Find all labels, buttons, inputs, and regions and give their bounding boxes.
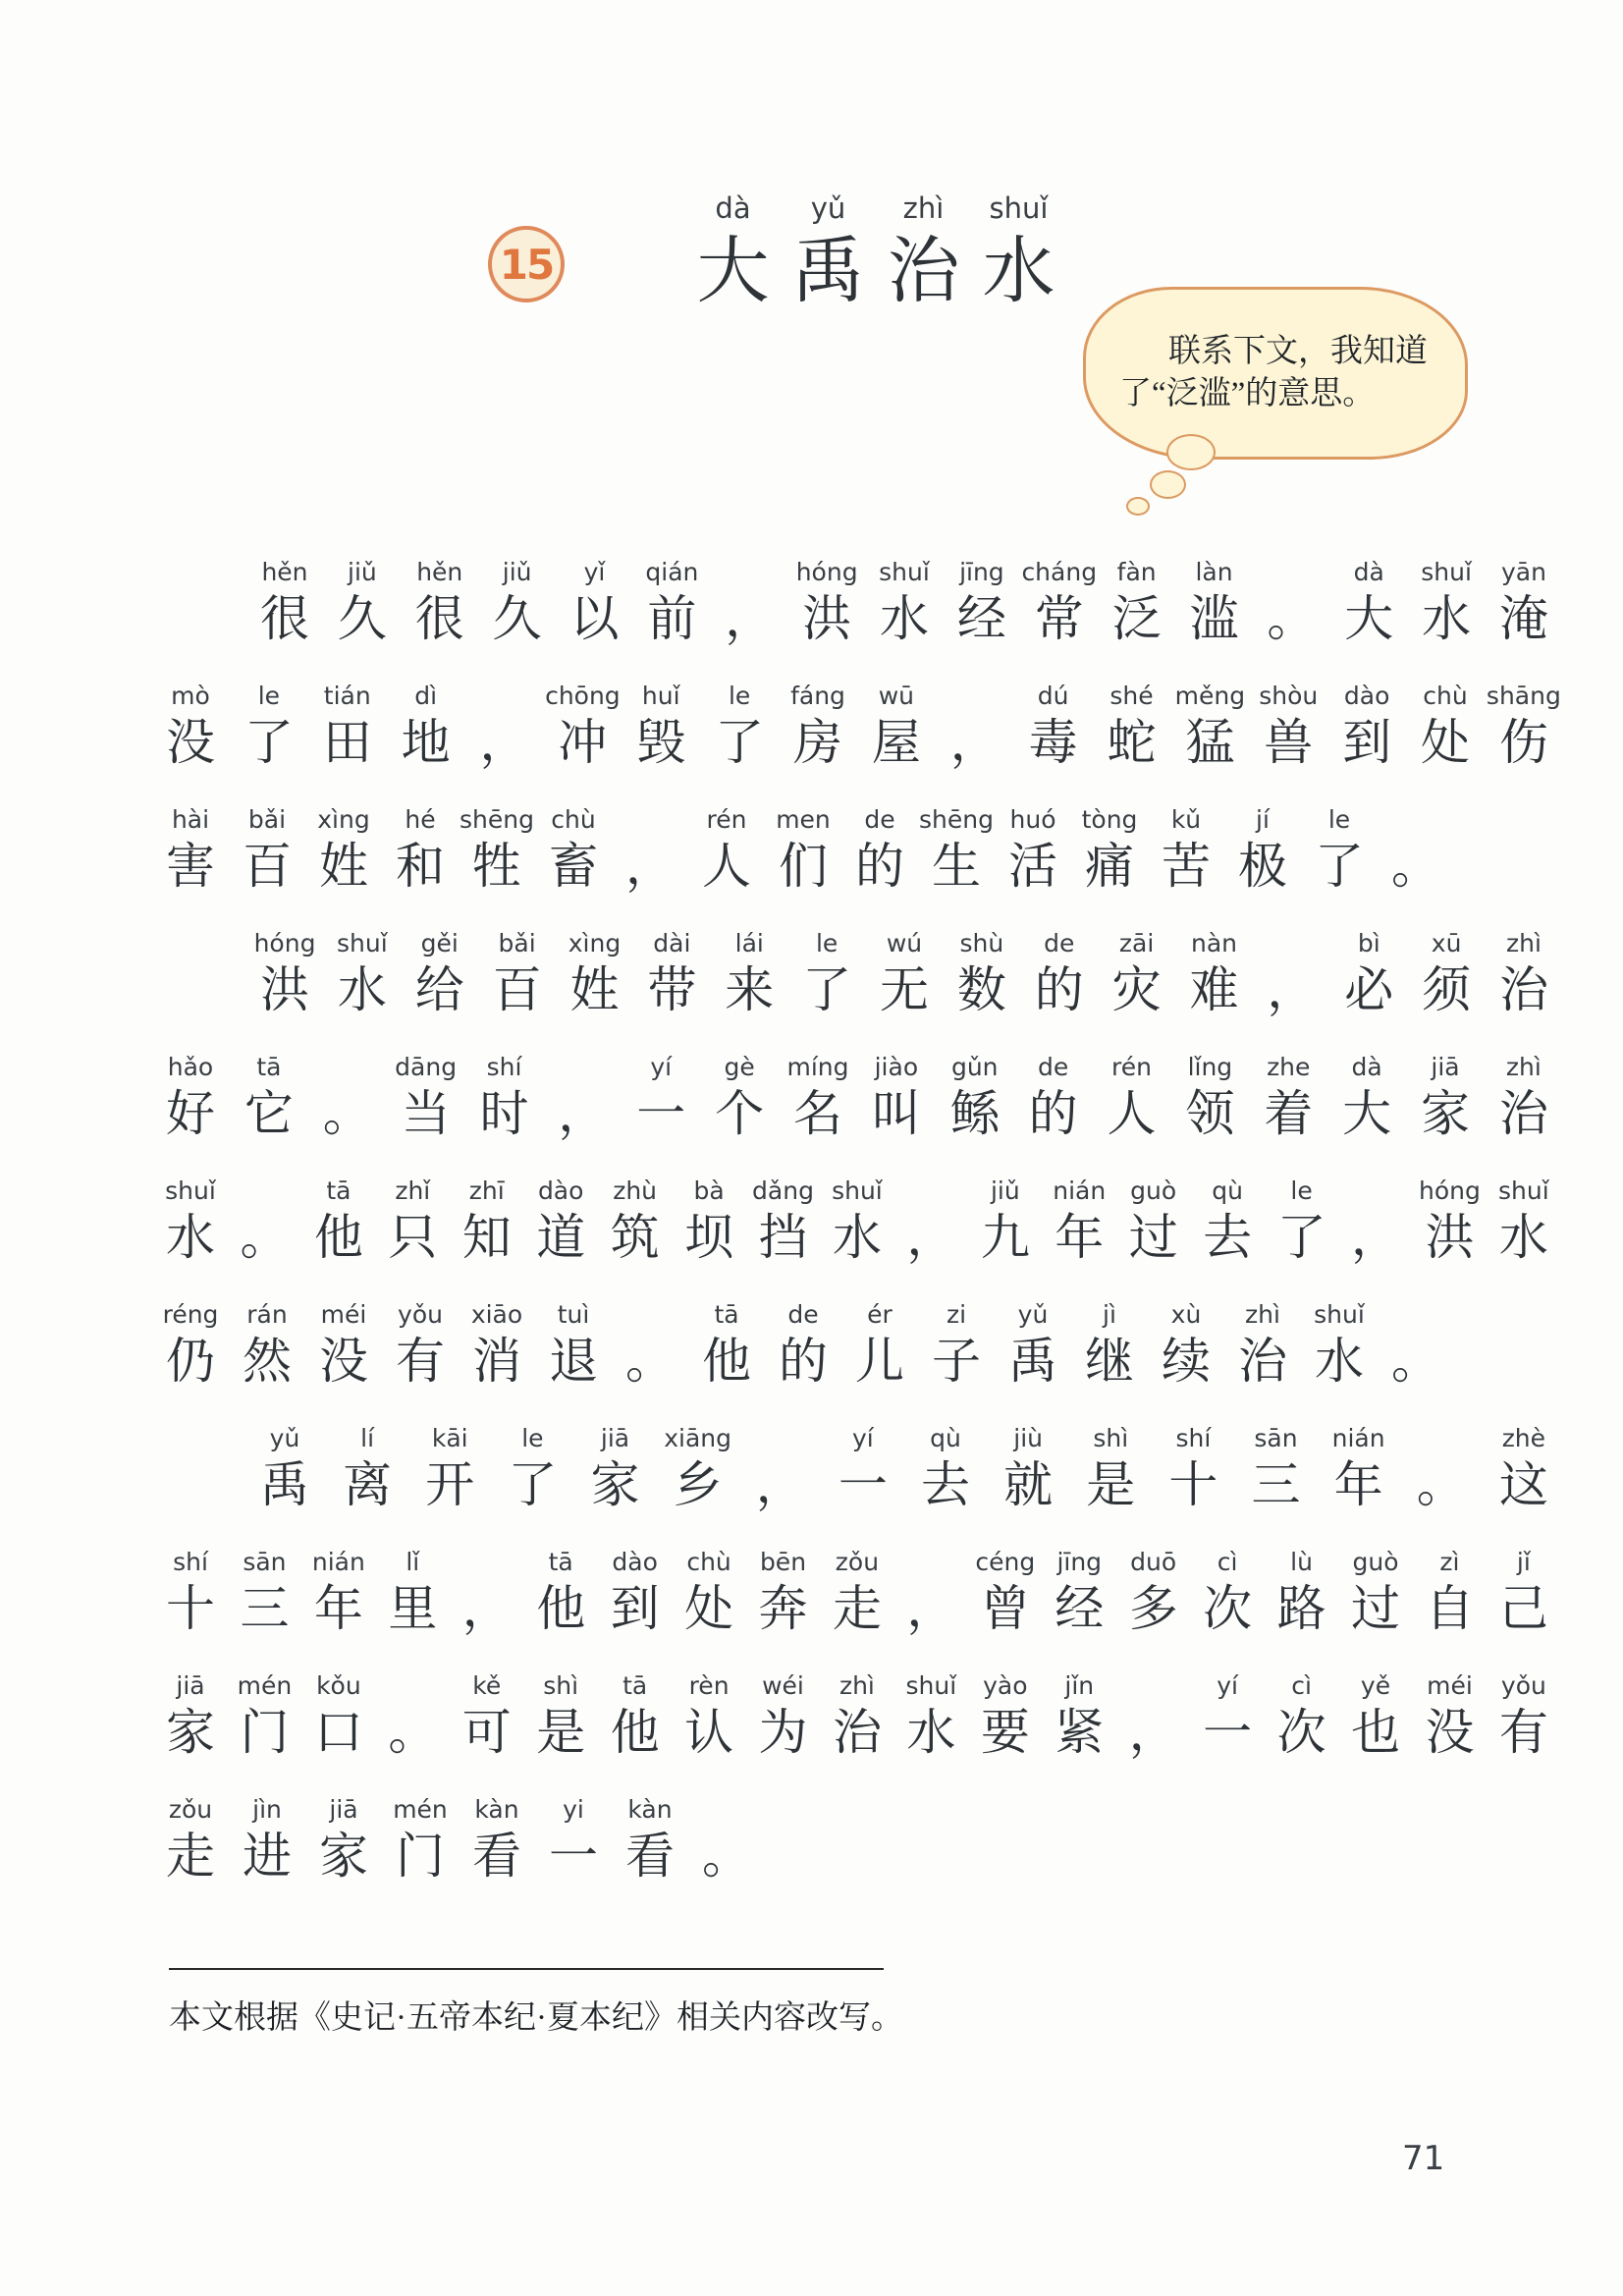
hanzi-character: 路 [1277,1579,1326,1638]
syllable-cell: dài带 [645,927,698,1019]
hanzi-character: 治 [1499,1084,1548,1143]
pinyin-label: tā [256,1051,281,1084]
syllable-cell: jiào叫 [870,1051,923,1143]
hanzi-character: 道 [536,1208,585,1267]
pinyin-label: rén [1111,1051,1152,1084]
pinyin-label: shù [960,927,1004,960]
syllable-cell: gè个 [713,1051,766,1143]
pinyin-label: zhe [1267,1051,1310,1084]
syllable-cell: lù路 [1275,1546,1328,1638]
hanzi-character: 是 [536,1703,585,1762]
hanzi-character: 九 [981,1208,1030,1267]
hanzi-character: 的 [1029,1084,1078,1143]
pinyin-label: shí [173,1546,208,1579]
hanzi-character: 去 [921,1455,970,1514]
pinyin-label: zǒu [836,1546,879,1579]
pinyin-label: shí [1175,1422,1211,1455]
punctuation-cell: 。 [1389,803,1442,896]
hanzi-character: 百 [243,837,292,896]
hanzi-character: 活 [1008,837,1057,896]
syllable-cell: lǐng领 [1183,1051,1236,1143]
syllable-cell: guò过 [1349,1546,1402,1638]
syllable-cell: bēn奔 [757,1546,810,1638]
pinyin-label: jiā [329,1793,357,1827]
syllable-cell: kàn看 [470,1793,523,1886]
hanzi-character: 猛 [1185,713,1234,772]
pinyin-label: sān [243,1546,286,1579]
punctuation-cell: ， [556,1051,609,1143]
syllable-cell: jǐ己 [1497,1546,1550,1638]
pinyin-label: jì [1103,1298,1116,1332]
syllable-cell: jiù就 [1001,1422,1055,1514]
pinyin-label: le [521,1422,543,1455]
hanzi-character: 水 [833,1208,882,1267]
syllable-cell: dì地 [400,680,453,772]
syllable-cell: jǐn紧 [1053,1669,1106,1762]
syllable-cell: wéi为 [757,1669,810,1762]
syllable-cell: dào到 [609,1546,662,1638]
hanzi-character: 自 [1425,1579,1474,1638]
hanzi-character: 。 [1267,589,1316,648]
pinyin-label: huó [1010,803,1056,837]
hanzi-character: 痛 [1085,837,1134,896]
hanzi-character: 大 [1342,1084,1391,1143]
hanzi-character: 要 [981,1703,1030,1762]
syllable-cell: qù去 [1201,1175,1254,1267]
hanzi-character: ， [756,1455,805,1514]
pinyin-label: shuǐ [832,1175,883,1208]
pinyin-label: yǒu [1501,1669,1546,1703]
syllable-cell: méi没 [1423,1669,1476,1762]
syllable-cell: nián年 [312,1546,365,1638]
hanzi-character: ， [1351,1208,1400,1267]
pinyin-label: dà [1352,1051,1382,1084]
syllable-cell: jiā家 [317,1793,370,1886]
syllable-cell: yǔ禹 [258,1422,311,1514]
hanzi-character: 了 [508,1455,557,1514]
pinyin-label: duō [1130,1546,1176,1579]
hanzi-character: 伤 [1499,713,1548,772]
pinyin-label: bǎi [248,803,286,837]
hanzi-character: 大 [697,230,770,314]
syllable-cell: dú毒 [1027,680,1080,772]
pinyin-label: le [1290,1175,1312,1208]
hanzi-character: 过 [1129,1208,1178,1267]
syllable-cell: huó活 [1006,803,1059,896]
pinyin-label: wū [879,680,914,713]
hanzi-character: 门 [396,1827,445,1886]
text-line: shuǐ水。tā他zhǐ只zhī知dào道zhù筑bà坝dǎng挡shuǐ水，j… [164,1149,1550,1273]
pinyin-label: lí [360,1422,374,1455]
pinyin-label: rán [246,1298,287,1332]
pinyin-label: chōng [545,680,621,713]
syllable-cell: tòng痛 [1083,803,1136,896]
pinyin-label: mén [393,1793,448,1827]
hanzi-character: 奔 [759,1579,808,1638]
pinyin-label: zhù [613,1175,657,1208]
hanzi-character: 洪 [802,589,851,648]
hanzi-character: 儿 [855,1332,904,1391]
syllable-cell: měng猛 [1183,680,1236,772]
syllable-cell: shuǐ水 [878,556,931,648]
pinyin-label: zhī [469,1175,505,1208]
hanzi-character: 大 [1344,589,1393,648]
text-line: hǎo好tā它。dāng当shí时，yí一gè个míng名jiào叫gǔn鲧de… [164,1025,1550,1149]
hanzi-character: 。 [240,1208,289,1267]
pinyin-label: de [1044,927,1074,960]
pinyin-label: yě [1361,1669,1390,1703]
punctuation-cell: 。 [1389,1298,1442,1391]
pinyin-label: shì [543,1669,578,1703]
pinyin-label: cì [1217,1546,1238,1579]
text-line: hěn很jiǔ久hěn很jiǔ久yǐ以qián前，hóng洪shuǐ水jīng经… [164,530,1550,654]
hanzi-character: 治 [1238,1332,1287,1391]
hanzi-character: 水 [880,589,929,648]
pinyin-label: jiù [1013,1422,1043,1455]
syllable-cell: dào到 [1340,680,1393,772]
pinyin-label: kàn [474,1793,518,1827]
pinyin-label: de [1038,1051,1068,1084]
syllable-cell: yǒu有 [394,1298,447,1391]
pinyin-label: men [776,803,831,837]
hanzi-character: 走 [833,1579,882,1638]
hanzi-character: 灾 [1112,960,1162,1019]
hanzi-character: 去 [1203,1208,1252,1267]
hanzi-character: 以 [570,589,620,648]
hanzi-character: 认 [684,1703,733,1762]
pinyin-label: yào [983,1669,1027,1703]
hanzi-character: 治 [888,230,960,314]
hanzi-character: 有 [396,1332,445,1391]
syllable-cell: shēng生 [930,803,983,896]
hanzi-character: 没 [1425,1703,1474,1762]
hanzi-character: 看 [472,1827,521,1886]
syllable-cell: fàn泛 [1110,556,1163,648]
syllable-cell: zhǐ只 [386,1175,439,1267]
pinyin-label: jiā [1431,1051,1459,1084]
hanzi-character: 他 [611,1703,660,1762]
pinyin-label: sān [1254,1422,1297,1455]
hanzi-character: 经 [1055,1579,1104,1638]
thought-bubble-body: 联系下文，我知道 了“泛滥”的意思。 [1083,287,1468,460]
punctuation-cell: ， [754,1422,807,1514]
syllable-cell: shì是 [534,1669,587,1762]
hanzi-character: 到 [1342,713,1391,772]
hanzi-character: 们 [779,837,828,896]
hanzi-character: 续 [1162,1332,1211,1391]
hanzi-character: 了 [244,713,294,772]
syllable-cell: dǎng挡 [757,1175,810,1267]
hanzi-character: 十 [1168,1455,1217,1514]
punctuation-cell: 。 [321,1051,374,1143]
pinyin-label: kě [472,1669,501,1703]
syllable-cell: le了 [243,680,296,772]
hanzi-character: 时 [480,1084,529,1143]
pinyin-label: dì [414,680,437,713]
syllable-cell: shí时 [478,1051,531,1143]
pinyin-label: lǐng [1188,1051,1233,1084]
syllable-cell: mò没 [164,680,217,772]
hanzi-character: 家 [591,1455,640,1514]
pinyin-label: zǒu [169,1793,212,1827]
pinyin-label: xìng [568,927,621,960]
hanzi-character: 好 [166,1084,215,1143]
footnote-text: 本文根据《史记·五帝本纪·夏本纪》相关内容改写。 [169,1992,903,2038]
hanzi-character: 年 [1334,1455,1383,1514]
pinyin-label: shuǐ [1421,556,1472,589]
syllable-cell: shuǐ水 [831,1175,884,1267]
syllable-cell: huǐ毁 [634,680,687,772]
syllable-cell: jì继 [1083,1298,1136,1391]
syllable-cell: hài害 [164,803,217,896]
pinyin-label: dú [1038,680,1069,713]
pinyin-label: fáng [790,680,845,713]
punctuation-cell: 。 [1415,1422,1468,1514]
hanzi-character: 离 [343,1455,392,1514]
pinyin-label: jǐn [1064,1669,1094,1703]
punctuation-cell: ， [478,680,531,772]
hanzi-character: 毁 [636,713,685,772]
pinyin-label: tuì [558,1298,590,1332]
syllable-cell: shé蛇 [1106,680,1159,772]
pinyin-label: shuǐ [879,556,930,589]
pinyin-label: shēng [919,803,994,837]
hanzi-character: 次 [1203,1579,1252,1638]
syllable-cell: cháng常 [1033,556,1086,648]
pinyin-label: lǐ [406,1546,419,1579]
pinyin-label: kǔ [1171,803,1201,837]
hanzi-character: 久 [338,589,387,648]
syllable-cell: hěn很 [413,556,466,648]
syllable-cell: lǐ里 [386,1546,439,1638]
pinyin-label: dào [538,1175,583,1208]
hanzi-character: 到 [611,1579,660,1638]
hanzi-character: 筑 [611,1208,660,1267]
hanzi-character: ， [462,1579,512,1638]
syllable-cell: zhì治 [876,187,971,314]
syllable-cell: zāi灾 [1110,927,1163,1019]
syllable-cell: hóng洪 [258,927,311,1019]
hanzi-character: 走 [166,1827,215,1886]
pinyin-label: shuǐ [1314,1298,1365,1332]
hanzi-character: 了 [1277,1208,1326,1267]
page-number: 71 [1402,2139,1444,2178]
hanzi-character: 名 [793,1084,842,1143]
syllable-cell: xū须 [1420,927,1473,1019]
pinyin-label: tián [324,680,371,713]
syllable-cell: men们 [777,803,830,896]
pinyin-label: dài [653,927,690,960]
syllable-cell: zhe着 [1262,1051,1315,1143]
syllable-cell: zhì治 [1497,1051,1550,1143]
syllable-cell: tián田 [321,680,374,772]
hanzi-character: 紧 [1055,1703,1104,1762]
pinyin-label: shé [1109,680,1153,713]
syllable-cell: sān三 [1250,1422,1303,1514]
pinyin-label: tā [549,1546,573,1579]
pinyin-label: jiā [601,1422,629,1455]
pinyin-label: lù [1290,1546,1313,1579]
lesson-number: 15 [500,241,553,289]
punctuation-cell: ， [948,680,1001,772]
syllable-cell: tā他 [312,1175,365,1267]
hanzi-character: 年 [1055,1208,1104,1267]
hanzi-character: 地 [402,713,451,772]
pinyin-label: zhì [903,187,945,230]
syllable-cell: yǔ禹 [1006,1298,1059,1391]
pinyin-label: méi [321,1298,367,1332]
syllable-cell: méi没 [317,1298,370,1391]
punctuation-cell: ， [460,1546,514,1638]
syllable-cell: míng名 [791,1051,844,1143]
syllable-cell: tā它 [243,1051,296,1143]
hanzi-character: 了 [715,713,764,772]
hanzi-character: 的 [1035,960,1084,1019]
syllable-cell: chù畜 [547,803,600,896]
hanzi-character: 仍 [166,1332,215,1391]
hanzi-character: 多 [1129,1579,1178,1638]
hanzi-character: 必 [1344,960,1393,1019]
pinyin-label: shí [487,1051,522,1084]
hanzi-character: ， [1129,1703,1178,1762]
pinyin-label: bǎi [499,927,536,960]
hanzi-character: 没 [166,713,215,772]
hanzi-character: 就 [1003,1455,1053,1514]
pinyin-label: xū [1432,927,1462,960]
pinyin-label: nián [1332,1422,1385,1455]
hanzi-character: 次 [1277,1703,1326,1762]
syllable-cell: yí一 [634,1051,687,1143]
hanzi-character: 三 [240,1579,289,1638]
thought-bubble: 联系下文，我知道 了“泛滥”的意思。 [1083,287,1468,515]
hanzi-character: 给 [415,960,464,1019]
pinyin-label: jiào [875,1051,919,1084]
pinyin-label: shēng [460,803,534,837]
pinyin-label: tā [622,1669,647,1703]
pinyin-label: zhè [1502,1422,1545,1455]
syllable-cell: rán然 [241,1298,294,1391]
syllable-cell: le了 [1275,1175,1328,1267]
syllable-cell: bǎi百 [241,803,294,896]
hanzi-character: 生 [932,837,981,896]
pinyin-label: yǒu [398,1298,443,1332]
bubble-tail-circle [1166,434,1216,470]
syllable-cell: kǒu口 [312,1669,365,1762]
syllable-cell: kāi开 [423,1422,476,1514]
pinyin-label: fàn [1117,556,1157,589]
hanzi-character: 水 [338,960,387,1019]
hanzi-character: 。 [625,1332,675,1391]
pinyin-label: jiǔ [991,1175,1020,1208]
syllable-cell: zhù筑 [609,1175,662,1267]
hanzi-character: 治 [1499,960,1548,1019]
pinyin-label: hǎo [168,1051,213,1084]
hanzi-character: 人 [702,837,751,896]
hanzi-character: 禹 [260,1455,309,1514]
syllable-cell: jiā家 [1419,1051,1472,1143]
syllable-cell: tā他 [534,1546,587,1638]
syllable-cell: yí一 [837,1422,890,1514]
syllable-cell: cì次 [1201,1546,1254,1638]
hanzi-character: 了 [802,960,851,1019]
pinyin-label: jīng [959,556,1004,589]
hanzi-character: 十 [166,1579,215,1638]
syllable-cell: dà大 [685,187,781,314]
pinyin-label: shuǐ [990,187,1049,230]
hanzi-character: ， [906,1208,955,1267]
pinyin-label: hóng [1419,1175,1481,1208]
syllable-cell: yān淹 [1497,556,1550,648]
syllable-cell: fáng房 [791,680,844,772]
text-line: mò没le了tián田dì地，chōng冲huǐ毁le了fáng房wū屋，dú毒… [164,654,1550,778]
pinyin-label: yí [650,1051,672,1084]
hanzi-character: 开 [425,1455,474,1514]
hanzi-character: 苦 [1162,837,1211,896]
pinyin-label: tòng [1082,803,1138,837]
syllable-cell: shuǐ水 [1313,1298,1366,1391]
pinyin-label: tā [326,1175,351,1208]
syllable-cell: wū屋 [870,680,923,772]
pinyin-label: de [864,803,894,837]
syllable-cell: shí十 [1166,1422,1219,1514]
hanzi-character: 他 [536,1579,585,1638]
pinyin-label: jīng [1056,1546,1102,1579]
syllable-cell: hǎo好 [164,1051,217,1143]
pinyin-label: mén [238,1669,293,1703]
syllable-cell: jīng经 [955,556,1008,648]
syllable-cell: mén门 [394,1793,447,1886]
syllable-cell: jiǔ九 [979,1175,1032,1267]
pinyin-label: bì [1358,927,1380,960]
syllable-cell: hóng洪 [800,556,853,648]
syllable-cell: de的 [1033,927,1086,1019]
hanzi-character: 为 [759,1703,808,1762]
pinyin-label: méi [1427,1669,1473,1703]
hanzi-character: 继 [1085,1332,1134,1391]
pinyin-label: dà [715,187,750,230]
pinyin-label: jiǔ [503,556,532,589]
hanzi-character: 只 [388,1208,437,1267]
syllable-cell: rén人 [700,803,753,896]
hanzi-character: ， [558,1084,607,1143]
hanzi-character: 带 [647,960,696,1019]
syllable-cell: jiā家 [164,1669,217,1762]
pinyin-label: rèn [689,1669,730,1703]
pinyin-label: shòu [1259,680,1318,713]
hanzi-character: 然 [243,1332,292,1391]
syllable-cell: bì必 [1342,927,1395,1019]
hanzi-character: 水 [983,230,1055,314]
pinyin-label: gěi [421,927,459,960]
pinyin-label: rén [707,803,747,837]
syllable-cell: wú无 [878,927,931,1019]
text-line: jiā家mén门kǒu口。kě可shì是tā他rèn认wéi为zhì治shuǐ水… [164,1644,1550,1768]
hanzi-character: ， [906,1579,955,1638]
hanzi-character: 牲 [472,837,521,896]
syllable-cell: shāng伤 [1497,680,1550,772]
hanzi-character: 百 [493,960,542,1019]
pinyin-label: hóng [254,927,316,960]
syllable-cell: zǒu走 [164,1793,217,1886]
syllable-cell: jīng经 [1053,1546,1106,1638]
bubble-text-line: 联系下文，我知道 [1119,331,1439,373]
hanzi-character: 坝 [684,1208,733,1267]
hanzi-character: 禹 [792,230,865,314]
hanzi-character: 数 [957,960,1006,1019]
syllable-cell: zǒu走 [831,1546,884,1638]
hanzi-character: 洪 [260,960,309,1019]
hanzi-character: 须 [1422,960,1471,1019]
